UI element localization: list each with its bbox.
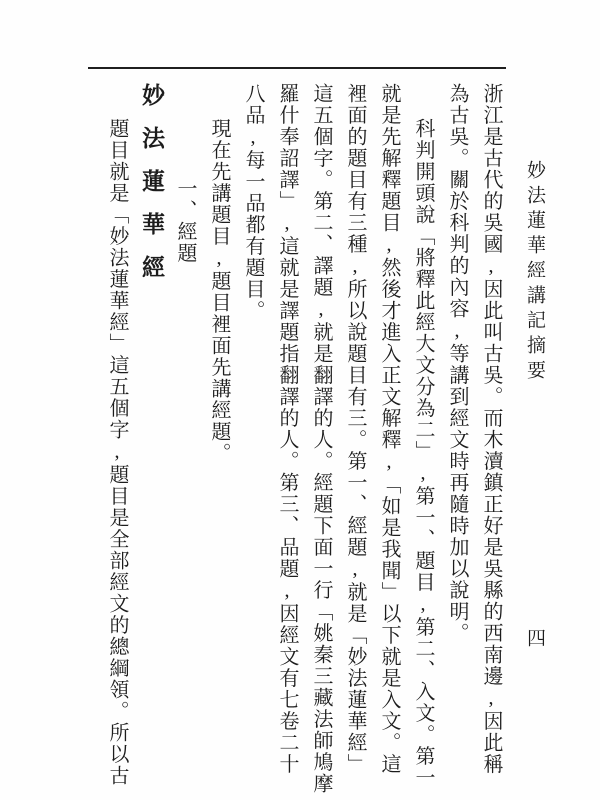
paragraph: 題目就是「妙法蓮華經」這五個字,題目是全部經文的總綱領。所以古 (100, 83, 134, 795)
running-head-title: 妙法蓮華經講記摘要 (521, 160, 548, 385)
paragraph: 科判開頭說「將釋此經大文分為二」,第一、題目,第二、入文。第一就是先解釋題目,然… (236, 83, 440, 795)
paragraph: 浙江是古代的吳國,因此叫古吳。而木瀆鎮正好是吳縣的西南邊,因此稱為古吳。關於科判… (440, 83, 508, 795)
body-text: 浙江是古代的吳國,因此叫古吳。而木瀆鎮正好是吳縣的西南邊,因此稱為古吳。關於科判… (100, 83, 508, 795)
sutra-title: 妙法蓮華經 (134, 83, 168, 795)
section-heading: 一、經題 (168, 83, 202, 795)
paragraph: 現在先講題目,題目裡面先講經題。 (202, 83, 236, 795)
header-rule (88, 67, 506, 69)
book-page: 妙法蓮華經講記摘要 四 浙江是古代的吳國,因此叫古吳。而木瀆鎮正好是吳縣的西南邊… (0, 0, 600, 800)
folio-page-number: 四 (521, 628, 548, 647)
